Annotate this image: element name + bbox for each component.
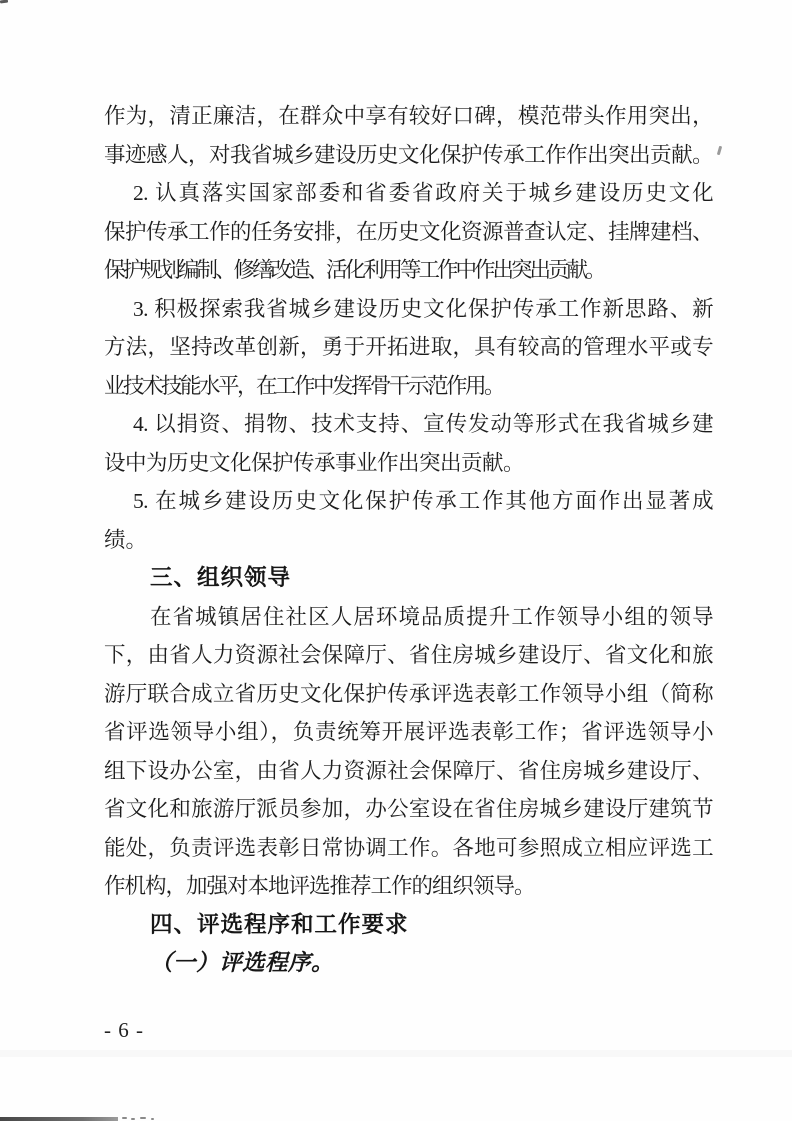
scan-band-artifact	[0, 1050, 792, 1057]
text-line: 在省城镇居住社区人居环境品质提升工作领导小组的领导	[104, 598, 713, 637]
page-number: - 6 -	[104, 1018, 144, 1043]
text-line: 方法，坚持改革创新，勇于开拓进取，具有较高的管理水平或专	[104, 328, 713, 367]
text-line: 4. 以捐资、捐物、技术支持、宣传发动等形式在我省城乡建	[104, 405, 713, 444]
scan-dot-artifact	[257, 799, 261, 802]
text-line: 3. 积极探索我省城乡建设历史文化保护传承工作新思路、新	[104, 290, 713, 329]
text-line: 5. 在城乡建设历史文化保护传承工作其他方面作出显著成	[104, 482, 713, 521]
scan-dot-artifact	[131, 1118, 135, 1120]
scan-tick-artifact	[717, 146, 722, 155]
scan-speck-artifact	[0, 0, 8, 4]
text-line: 设中为历史文化保护传承事业作出突出贡献。	[104, 444, 713, 483]
text-line: 作机构，加强对本地评选推荐工作的组织领导。	[104, 867, 713, 906]
text-line: 保护规划编制、修缮改造、活化利用等工作中作出突出贡献。	[104, 251, 713, 290]
text-line: 下，由省人力资源社会保障厅、省住房城乡建设厅、省文化和旅	[104, 636, 713, 675]
scan-bar-artifact	[0, 1117, 118, 1121]
scan-dot-artifact	[151, 1118, 154, 1120]
subsection-heading: （一）评选程序。	[104, 944, 713, 983]
text-line: 省文化和旅游厅派员参加，办公室设在省住房城乡建设厅建筑节	[104, 790, 713, 829]
text-line: 事迹感人，对我省城乡建设历史文化保护传承工作作出突出贡献。	[104, 136, 713, 175]
scan-dot-artifact	[122, 1117, 127, 1119]
text-line: 省评选领导小组），负责统筹开展评选表彰工作；省评选领导小	[104, 713, 713, 752]
document-page: 作为，清正廉洁，在群众中享有较好口碑，模范带头作用突出， 事迹感人，对我省城乡建…	[0, 0, 792, 1121]
text-line: 游厅联合成立省历史文化保护传承评选表彰工作领导小组（简称	[104, 675, 713, 714]
text-line: 2. 认真落实国家部委和省委省政府关于城乡建设历史文化	[104, 174, 713, 213]
document-text-block: 作为，清正廉洁，在群众中享有较好口碑，模范带头作用突出， 事迹感人，对我省城乡建…	[104, 97, 713, 983]
text-line: 组下设办公室，由省人力资源社会保障厅、省住房城乡建设厅、	[104, 752, 713, 791]
scan-dot-artifact	[140, 1117, 146, 1119]
section-heading: 四、评选程序和工作要求	[104, 906, 713, 945]
section-heading: 三、组织领导	[104, 559, 713, 598]
text-line: 绩。	[104, 521, 713, 560]
text-line: 保护传承工作的任务安排，在历史文化资源普查认定、挂牌建档、	[104, 213, 713, 252]
text-line: 作为，清正廉洁，在群众中享有较好口碑，模范带头作用突出，	[104, 97, 713, 136]
text-line: 能处，负责评选表彰日常协调工作。各地可参照成立相应评选工	[104, 829, 713, 868]
text-line: 业技术技能水平，在工作中发挥骨干示范作用。	[104, 367, 713, 406]
